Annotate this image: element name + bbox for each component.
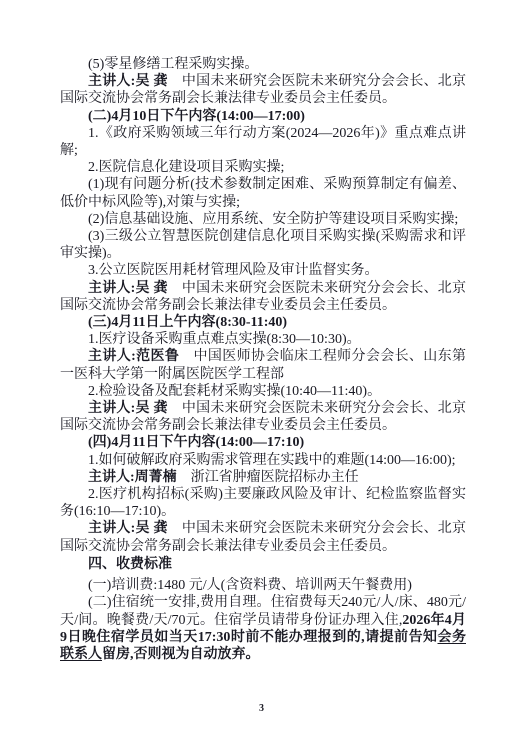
text-segment: 四、收费标准 (88, 557, 172, 572)
text-segment: (四)4月11日下午内容(14:00—17:10) (88, 435, 304, 450)
text-segment: (1)现有问题分析(技术参数制定困难、采购预算制定有偏差、低价中标风险等),对策… (60, 177, 466, 209)
text-segment: 1.医疗设备采购重点难点实操(8:30—10:30)。 (88, 332, 361, 347)
page-footer: 3 (0, 698, 523, 716)
item-2-2-infrastructure: (2)信息基础设施、应用系统、安全防护等建设项目采购实操; (60, 211, 466, 228)
text-segment: 1.《政府采购领域三年行动方案(2024—2026年)》重点难点讲解; (60, 126, 466, 158)
text-segment: (3)三级公立智慧医院创建信息化项目采购实操(采购需求和评审实操)。 (60, 229, 466, 261)
text-segment: 1.如何破解政府采购需求管理在实践中的难题(14:00—16:00); (88, 453, 456, 468)
item-2-1-problem-analysis: (1)现有问题分析(技术参数制定困难、采购预算制定有偏差、低价中标风险等),对策… (60, 176, 466, 210)
fee-training: (一)培训费:1480 元/人(含资料费、培训两天午餐费用) (60, 577, 466, 594)
text-segment: 主讲人:吴 龚 (88, 74, 168, 89)
text-segment: 主讲人:范医鲁 (88, 349, 179, 364)
section-3-heading: (三)4月11日上午内容(8:30-11:40) (60, 314, 466, 331)
text-segment: (三)4月11日上午内容(8:30-11:40) (88, 315, 287, 330)
item-2-3-smart-hospital: (3)三级公立智慧医院创建信息化项目采购实操(采购需求和评审实操)。 (60, 228, 466, 262)
speaker-wu-gong-3: 主讲人:吴 龚 中国未来研究会医院未来研究分会会长、北京国际交流协会常务副会长兼… (60, 400, 466, 434)
text-segment: 2.医疗机构招标(采购)主要廉政风险及审计、纪检监察监督实务(16:10—17:… (60, 487, 466, 519)
text-segment: (一)培训费:1480 元/人(含资料费、培训两天午餐费用) (88, 578, 412, 593)
text-segment: 主讲人:吴 龚 (88, 401, 168, 416)
text-segment: (二)4月10日下午内容(14:00—17:00) (88, 109, 305, 124)
speaker-fan-yilu: 主讲人:范医鲁 中国医师协会临床工程师分会会长、山东第一医科大学第一附属医院医学… (60, 348, 466, 382)
text-segment: 3.公立医院医用耗材管理风险及审计监督实务。 (88, 263, 379, 278)
text-segment: (5)零星修缮工程采购实操。 (88, 57, 258, 72)
text-segment: 留房,否则视为自动放弃。 (102, 647, 260, 662)
item-3-consumables-audit: 3.公立医院医用耗材管理风险及审计监督实务。 (60, 262, 466, 279)
fee-standard-heading: 四、收费标准 (60, 556, 466, 573)
speaker-zhou-jingnan: 主讲人:周菁楠 浙江省肿瘤医院招标办主任 (60, 469, 466, 486)
speaker-wu-gong-1: 主讲人:吴 龚 中国未来研究会医院未来研究分会会长、北京国际交流协会常务副会长兼… (60, 73, 466, 107)
item-1-gov-procurement-plan: 1.《政府采购领域三年行动方案(2024—2026年)》重点难点讲解; (60, 125, 466, 159)
text-segment: 2.医院信息化建设项目采购实操; (88, 160, 284, 175)
text-segment: (2)信息基础设施、应用系统、安全防护等建设项目采购实操; (88, 212, 458, 227)
section-4-heading: (四)4月11日下午内容(14:00—17:10) (60, 434, 466, 451)
item-1-medical-equipment: 1.医疗设备采购重点难点实操(8:30—10:30)。 (60, 331, 466, 348)
speaker-wu-gong-4: 主讲人:吴 龚 中国未来研究会医院未来研究分会会长、北京国际交流协会常务副会长兼… (60, 520, 466, 554)
text-segment: 主讲人:吴 龚 (88, 521, 168, 536)
item-2-integrity-risk: 2.医疗机构招标(采购)主要廉政风险及审计、纪检监察监督实务(16:10—17:… (60, 486, 466, 520)
text-segment: 主讲人:吴 龚 (88, 281, 168, 296)
speaker-wu-gong-2: 主讲人:吴 龚 中国未来研究会医院未来研究分会会长、北京国际交流协会常务副会长兼… (60, 280, 466, 314)
document-page: (5)零星修缮工程采购实操。主讲人:吴 龚 中国未来研究会医院未来研究分会会长、… (0, 0, 523, 744)
fee-accommodation: (二)住宿统一安排,费用自理。住宿费每天240元/人/床、480元/天/间。晚餐… (60, 594, 466, 663)
item-2-hospital-it: 2.医院信息化建设项目采购实操; (60, 159, 466, 176)
section-2-heading: (二)4月10日下午内容(14:00—17:00) (60, 108, 466, 125)
text-segment: 浙江省肿瘤医院招标办主任 (177, 470, 359, 485)
item-2-lab-equipment: 2.检验设备及配套耗材采购实操(10:40—11:40)。 (60, 383, 466, 400)
text-segment: 主讲人:周菁楠 (88, 470, 177, 485)
text-segment: 2.检验设备及配套耗材采购实操(10:40—11:40)。 (88, 384, 381, 399)
item-5-repair-works: (5)零星修缮工程采购实操。 (60, 56, 466, 73)
page-number: 3 (259, 703, 264, 714)
item-1-demand-management: 1.如何破解政府采购需求管理在实践中的难题(14:00—16:00); (60, 452, 466, 469)
document-body: (5)零星修缮工程采购实操。主讲人:吴 龚 中国未来研究会医院未来研究分会会长、… (60, 56, 466, 663)
